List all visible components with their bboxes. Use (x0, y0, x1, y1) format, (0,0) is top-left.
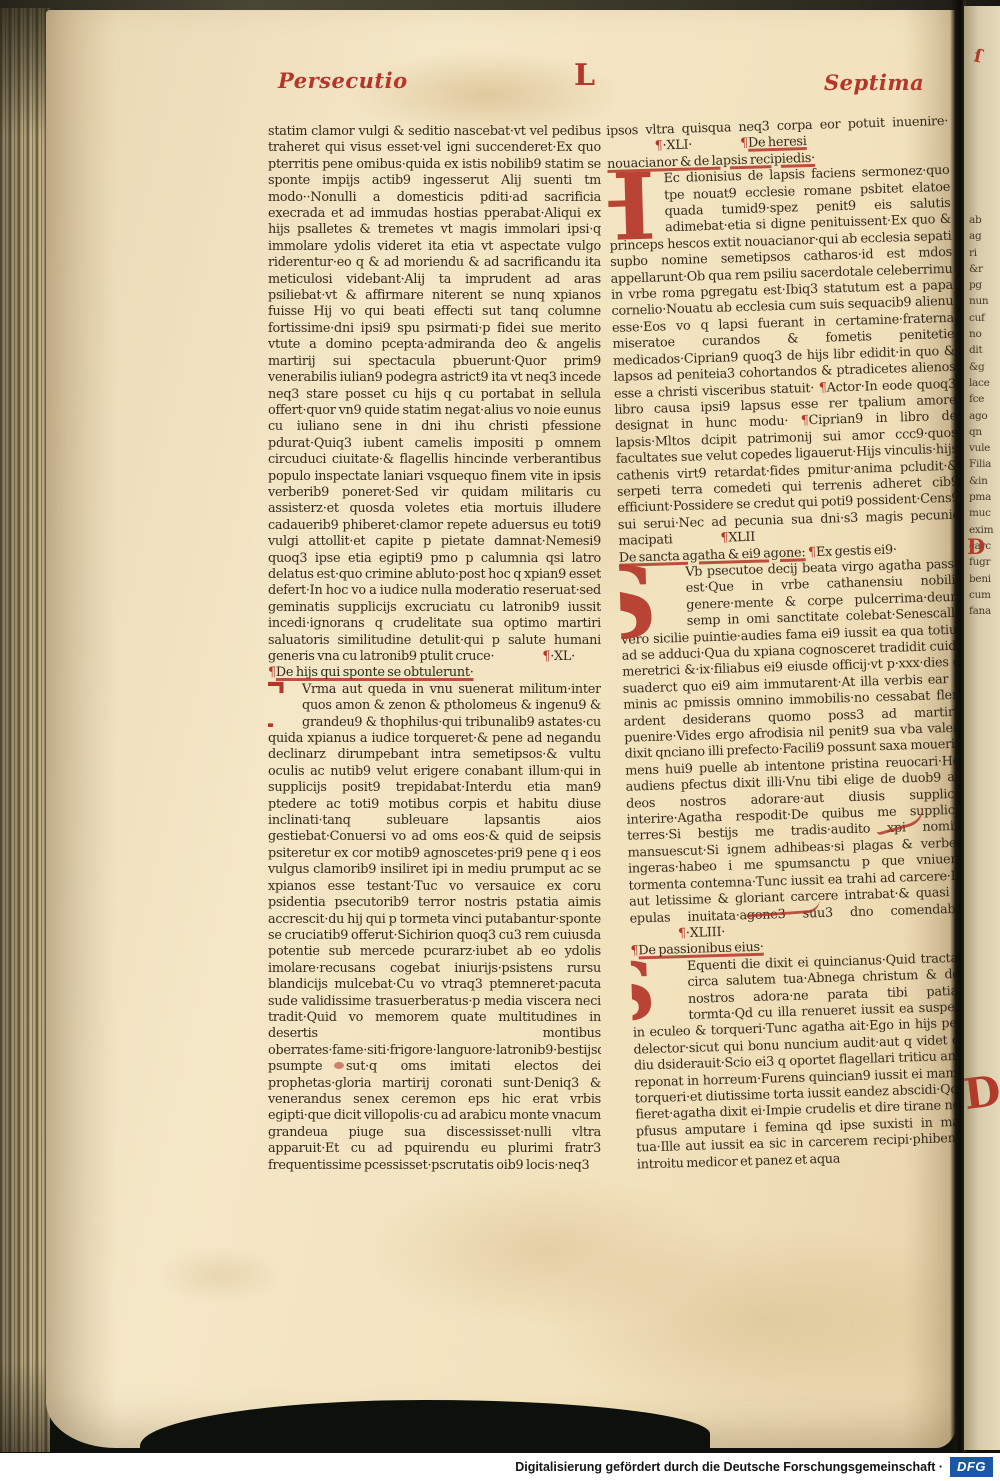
red-ink-spot (334, 1062, 344, 1069)
next-page-sliver: ſ ab ag ri &r pg nun cuf no dit &g lace … (964, 6, 1000, 1450)
rubric-43-title: De passionibus eius· (638, 940, 764, 959)
red-initial-fragment: D (967, 534, 985, 559)
paragraph-sequenti-text: Equenti die dixit ei quincianus·Quid tra… (633, 950, 979, 1172)
folio-number: L (574, 58, 595, 93)
paragraph-agatha: SVb psecutoe decij beata virgo agatha pa… (619, 557, 972, 944)
paragraph-persecution-text: statim clamor vulgi & seditio nascebat·v… (268, 124, 601, 664)
actor-gloss: ¶Actor· (819, 379, 865, 395)
gestis-label: Ex gestis ei9· (816, 542, 897, 559)
gestis-source: ¶Ex gestis ei9· (808, 542, 897, 560)
book-page: Persecutio L Septima statim clamor vulgi… (46, 10, 958, 1448)
paragraph-persecution: statim clamor vulgi & seditio nascebat·v… (268, 124, 601, 665)
rubric-41-title-a: De heresi (748, 134, 807, 151)
chapter-mark-41: ¶·XLI· (654, 138, 692, 156)
text-column-right: ipsos vltra quisqua neq3 corpa eor potui… (606, 114, 979, 1190)
drop-cap-t: T (268, 682, 298, 730)
chapter-mark-40: ¶·XL· (542, 649, 575, 665)
chapter-number-43: ·XLIII· (686, 925, 726, 941)
chapter-mark-42: ¶XLII (720, 530, 755, 547)
pilcrow-icon: ¶ (268, 665, 276, 680)
red-squiggle-fragment: ſ (972, 45, 984, 67)
chapter-mark-43: ¶·XLIII· (678, 925, 726, 943)
rubric-40-title: De hijs qui sponte se obtulerunt· (276, 665, 474, 680)
paragraph-turma-text: Vrma aut queda in vnu suenerat militum·i… (268, 682, 601, 1173)
actor-label: Actor· (826, 379, 864, 395)
running-title-right: Septima (824, 70, 924, 95)
rubric-41-lead: ¶De heresi (740, 134, 807, 152)
rubric-40: ¶De hijs qui sponte se obtulerunt· (268, 665, 601, 681)
digitisation-credit: Digitalisierung gefördert durch die Deut… (515, 1460, 943, 1474)
paragraph-dionisius: HEc dionisius de lapsis faciens sermonez… (607, 163, 960, 550)
running-title-left: Persecutio (278, 68, 408, 93)
drop-cap-h: H (606, 172, 661, 225)
dfg-logo: DFG (950, 1457, 993, 1477)
drop-cap-s: S (606, 565, 683, 620)
paragraph-sequenti: SEquenti die dixit ei quincianus·Quid tr… (631, 950, 979, 1173)
paragraph-turma: TVrma aut queda in vnu suenerat militum·… (268, 682, 601, 1174)
chapter-number-42: XLII (728, 530, 755, 546)
chapter-number-40: ·XL· (550, 649, 575, 664)
digitisation-footer: Digitalisierung gefördert durch die Deut… (0, 1453, 1000, 1481)
text-column-left: statim clamor vulgi & seditio nascebat·v… (268, 124, 601, 1190)
chapter-number-41: ·XLI· (662, 138, 692, 154)
paragraph-dionisius-text: Ec dionisius de lapsis faciens sermonez·… (609, 163, 955, 401)
red-ornament-fragment: D (964, 1066, 1000, 1119)
book-left-page-edges (0, 8, 50, 1452)
drop-cap-s: S (606, 959, 684, 1012)
